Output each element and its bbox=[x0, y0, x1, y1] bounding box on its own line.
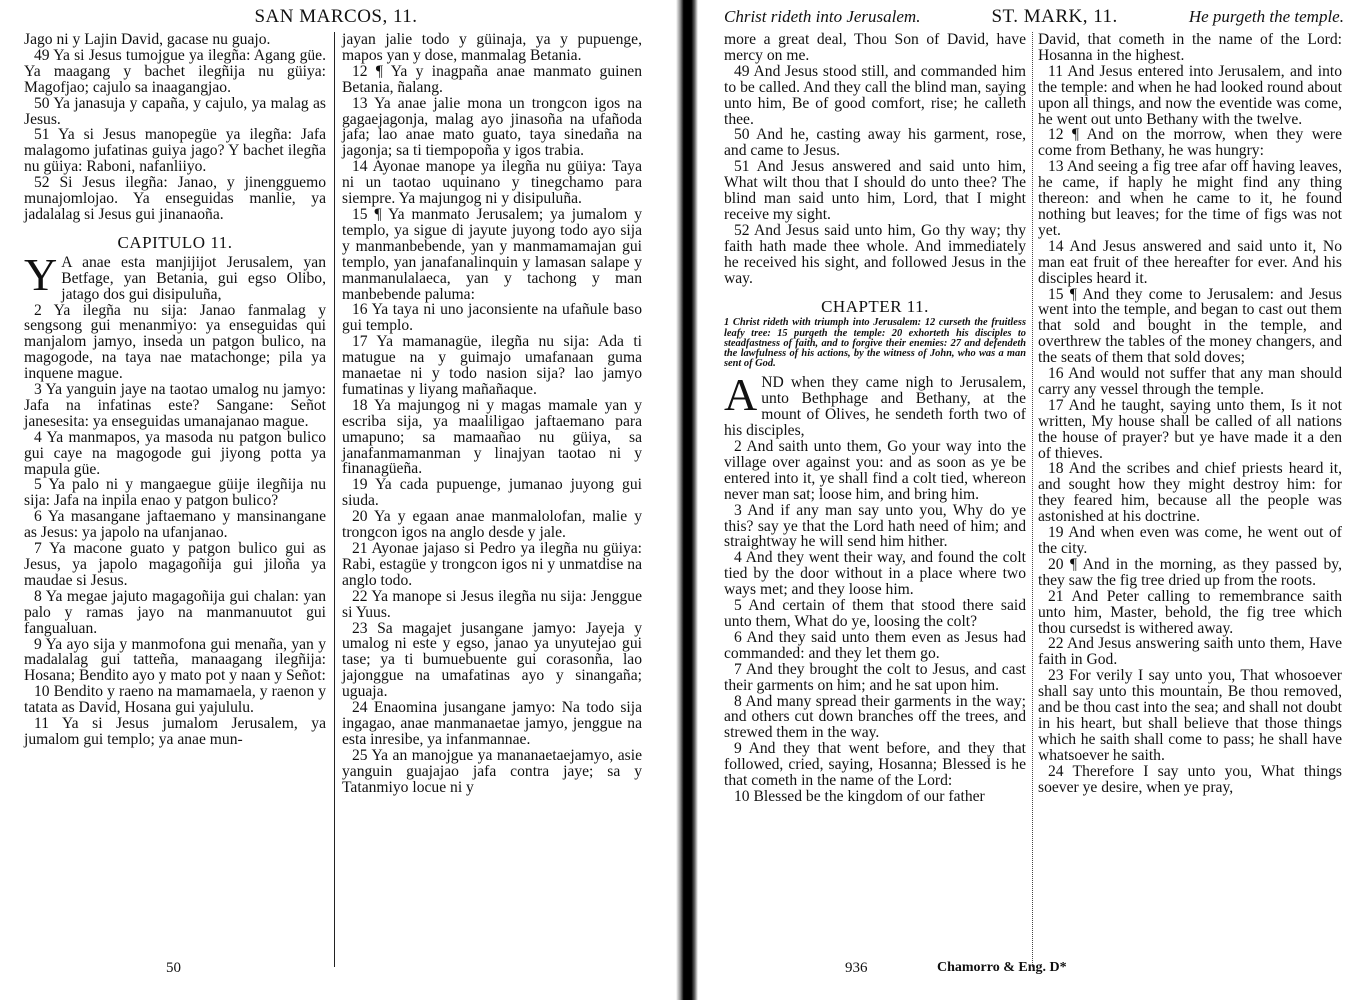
verse: 3 Ya yanguin jaye na taotao umalog nu ja… bbox=[24, 382, 326, 430]
verse: 11 And Jesus entered into Jerusalem, and… bbox=[1038, 64, 1342, 128]
chapter-heading: CAPITULO 11. bbox=[24, 235, 326, 251]
verse: 13 And seeing a fig tree afar off having… bbox=[1038, 159, 1342, 239]
verse: 24 Therefore I say unto you, What things… bbox=[1038, 764, 1342, 796]
left-column-1: Jago ni y Lajin David, gacase nu guajo.4… bbox=[24, 32, 326, 748]
left-page: SAN MARCOS, 11. Jago ni y Lajin David, g… bbox=[0, 0, 672, 1000]
verse: more a great deal, Thou Son of David, ha… bbox=[724, 32, 1026, 64]
verse: 49 And Jesus stood still, and commanded … bbox=[724, 64, 1026, 128]
verse: 50 Ya janasuja y capaña, y cajulo, ya ma… bbox=[24, 96, 326, 128]
verse: 49 Ya si Jesus tumojgue ya ilegña: Agang… bbox=[24, 48, 326, 96]
first-verse: AND when they came nigh to Jerusalem, un… bbox=[724, 375, 1026, 439]
verse: 9 Ya ayo sija y manmofona gui menaña, ya… bbox=[24, 637, 326, 685]
verse: 19 And when even was come, he went out o… bbox=[1038, 525, 1342, 557]
verse: 4 And they went their way, and found the… bbox=[724, 550, 1026, 598]
verse: 25 Ya an manojgue ya mananaetaejamyo, as… bbox=[342, 748, 642, 796]
drop-cap: A bbox=[724, 377, 757, 413]
page-number: 936 bbox=[845, 960, 868, 977]
right-column-2: David, that cometh in the name of the Lo… bbox=[1038, 32, 1342, 796]
verse: 6 And they said unto them even as Jesus … bbox=[724, 630, 1026, 662]
verse: 2 And saith unto them, Go your way into … bbox=[724, 439, 1026, 503]
verse: 12 ¶ And on the morrow, when they were c… bbox=[1038, 127, 1342, 159]
first-verse: YA anae esta manjijijot Jerusalem, yan B… bbox=[24, 255, 326, 303]
verse: 15 ¶ And they come to Jerusalem: and Jes… bbox=[1038, 287, 1342, 367]
verse-list: Jago ni y Lajin David, gacase nu guajo.4… bbox=[24, 32, 326, 223]
running-head: Christ rideth into Jerusalem. ST. MARK, … bbox=[724, 6, 1344, 28]
left-column-2: jayan jalie todo y güinaja, ya y pupueng… bbox=[342, 32, 642, 796]
verse-list: 2 And saith unto them, Go your way into … bbox=[724, 439, 1026, 805]
verse: 5 Ya palo ni y mangaegue güije ilegñija … bbox=[24, 477, 326, 509]
verse: 23 For verily I say unto you, That whoso… bbox=[1038, 668, 1342, 763]
verse-list: more a great deal, Thou Son of David, ha… bbox=[724, 32, 1026, 287]
verse: David, that cometh in the name of the Lo… bbox=[1038, 32, 1342, 64]
verse: 15 ¶ Ya manmato Jerusalem; ya jumalom y … bbox=[342, 207, 642, 302]
verse: 16 And would not suffer that any man sho… bbox=[1038, 366, 1342, 398]
running-head-right: He purgeth the temple. bbox=[1189, 6, 1344, 28]
verse: 14 And Jesus answered and said unto it, … bbox=[1038, 239, 1342, 287]
verse-list: jayan jalie todo y güinaja, ya y pupueng… bbox=[342, 32, 642, 796]
verse: 20 Ya y egaan anae manmalolofan, malie y… bbox=[342, 509, 642, 541]
verse: 50 And he, casting away his garment, ros… bbox=[724, 127, 1026, 159]
verse: 52 Si Jesus ilegña: Janao, y jinengguemo… bbox=[24, 175, 326, 223]
drop-cap: Y bbox=[24, 257, 57, 293]
verse: 51 Ya si Jesus manopegüe ya ilegña: Jafa… bbox=[24, 127, 326, 175]
verse-list: David, that cometh in the name of the Lo… bbox=[1038, 32, 1342, 796]
verse: 8 Ya megae jajuto magagoñija gui chalan:… bbox=[24, 589, 326, 637]
verse: 22 And Jesus answering saith unto them, … bbox=[1038, 636, 1342, 668]
chapter-heading: CHAPTER 11. bbox=[724, 299, 1026, 315]
verse: 52 And Jesus said unto him, Go thy way; … bbox=[724, 223, 1026, 287]
verse: 14 Ayonae manope ya ilegña nu güiya: Tay… bbox=[342, 159, 642, 207]
verse: 24 Enaomina jusangane jamyo: Na todo sij… bbox=[342, 700, 642, 748]
verse: 8 And many spread their garments in the … bbox=[724, 694, 1026, 742]
verse: 7 Ya macone guato y patgon bulico gui as… bbox=[24, 541, 326, 589]
verse: 17 Ya mamanagüe, ilegña nu sija: Ada ti … bbox=[342, 334, 642, 398]
verse: Jago ni y Lajin David, gacase nu guajo. bbox=[24, 32, 326, 48]
running-head-left: Christ rideth into Jerusalem. bbox=[724, 6, 920, 28]
column-divider bbox=[334, 32, 335, 967]
verse: 17 And he taught, saying unto them, Is i… bbox=[1038, 398, 1342, 462]
verse: 22 Ya manope si Jesus ilegña nu sija: Je… bbox=[342, 589, 642, 621]
verse: 11 Ya si Jesus jumalom Jerusalem, ya jum… bbox=[24, 716, 326, 748]
book-gutter-shadow bbox=[676, 0, 698, 1000]
verse: 13 Ya anae jalie mona un trongcon igos n… bbox=[342, 96, 642, 160]
verse: 19 Ya cada pupuenge, jumanao juyong gui … bbox=[342, 477, 642, 509]
verse: 18 Ya majungog ni y magas mamale yan y e… bbox=[342, 398, 642, 478]
verse: 51 And Jesus answered and said unto him,… bbox=[724, 159, 1026, 223]
verse: 9 And they that went before, and they th… bbox=[724, 741, 1026, 789]
chapter-summary: 1 Christ rideth with triumph into Jerusa… bbox=[724, 318, 1026, 369]
verse: 7 And they brought the colt to Jesus, an… bbox=[724, 662, 1026, 694]
running-head: SAN MARCOS, 11. bbox=[0, 6, 672, 28]
column-divider bbox=[1032, 32, 1034, 967]
verse: 18 And the scribes and chief priests hea… bbox=[1038, 461, 1342, 525]
verse: 5 And certain of them that stood there s… bbox=[724, 598, 1026, 630]
verse: 21 Ayonae jajaso si Pedro ya ilegña nu g… bbox=[342, 541, 642, 589]
verse: 12 ¶ Ya y inagpaña anae manmato guinen B… bbox=[342, 64, 642, 96]
verse: 2 Ya ilegña nu sija: Janao fanmalag y se… bbox=[24, 303, 326, 383]
verse: 6 Ya masangane jaftaemano y mansinangane… bbox=[24, 509, 326, 541]
verse: 4 Ya manmapos, ya masoda nu patgon bulic… bbox=[24, 430, 326, 478]
verse: 23 Sa magajet jusangane jamyo: Jayeja y … bbox=[342, 621, 642, 701]
verse: 10 Blessed be the kingdom of our father bbox=[724, 789, 1026, 805]
verse: jayan jalie todo y güinaja, ya y pupueng… bbox=[342, 32, 642, 64]
verse-list: 2 Ya ilegña nu sija: Janao fanmalag y se… bbox=[24, 303, 326, 748]
verse: 10 Bendito y raeno na mamamaela, y raeno… bbox=[24, 684, 326, 716]
signature-mark: Chamorro & Eng. D* bbox=[937, 960, 1067, 976]
verse: 3 And if any man say unto you, Why do ye… bbox=[724, 503, 1026, 551]
running-head-center: ST. MARK, 11. bbox=[991, 6, 1117, 28]
right-column-1: more a great deal, Thou Son of David, ha… bbox=[724, 32, 1026, 805]
verse: 20 ¶ And in the morning, as they passed … bbox=[1038, 557, 1342, 589]
verse: 21 And Peter calling to remembrance sait… bbox=[1038, 589, 1342, 637]
right-page: Christ rideth into Jerusalem. ST. MARK, … bbox=[700, 0, 1364, 1000]
verse: 16 Ya taya ni uno jaconsiente na ufañule… bbox=[342, 302, 642, 334]
page-number: 50 bbox=[166, 960, 181, 977]
